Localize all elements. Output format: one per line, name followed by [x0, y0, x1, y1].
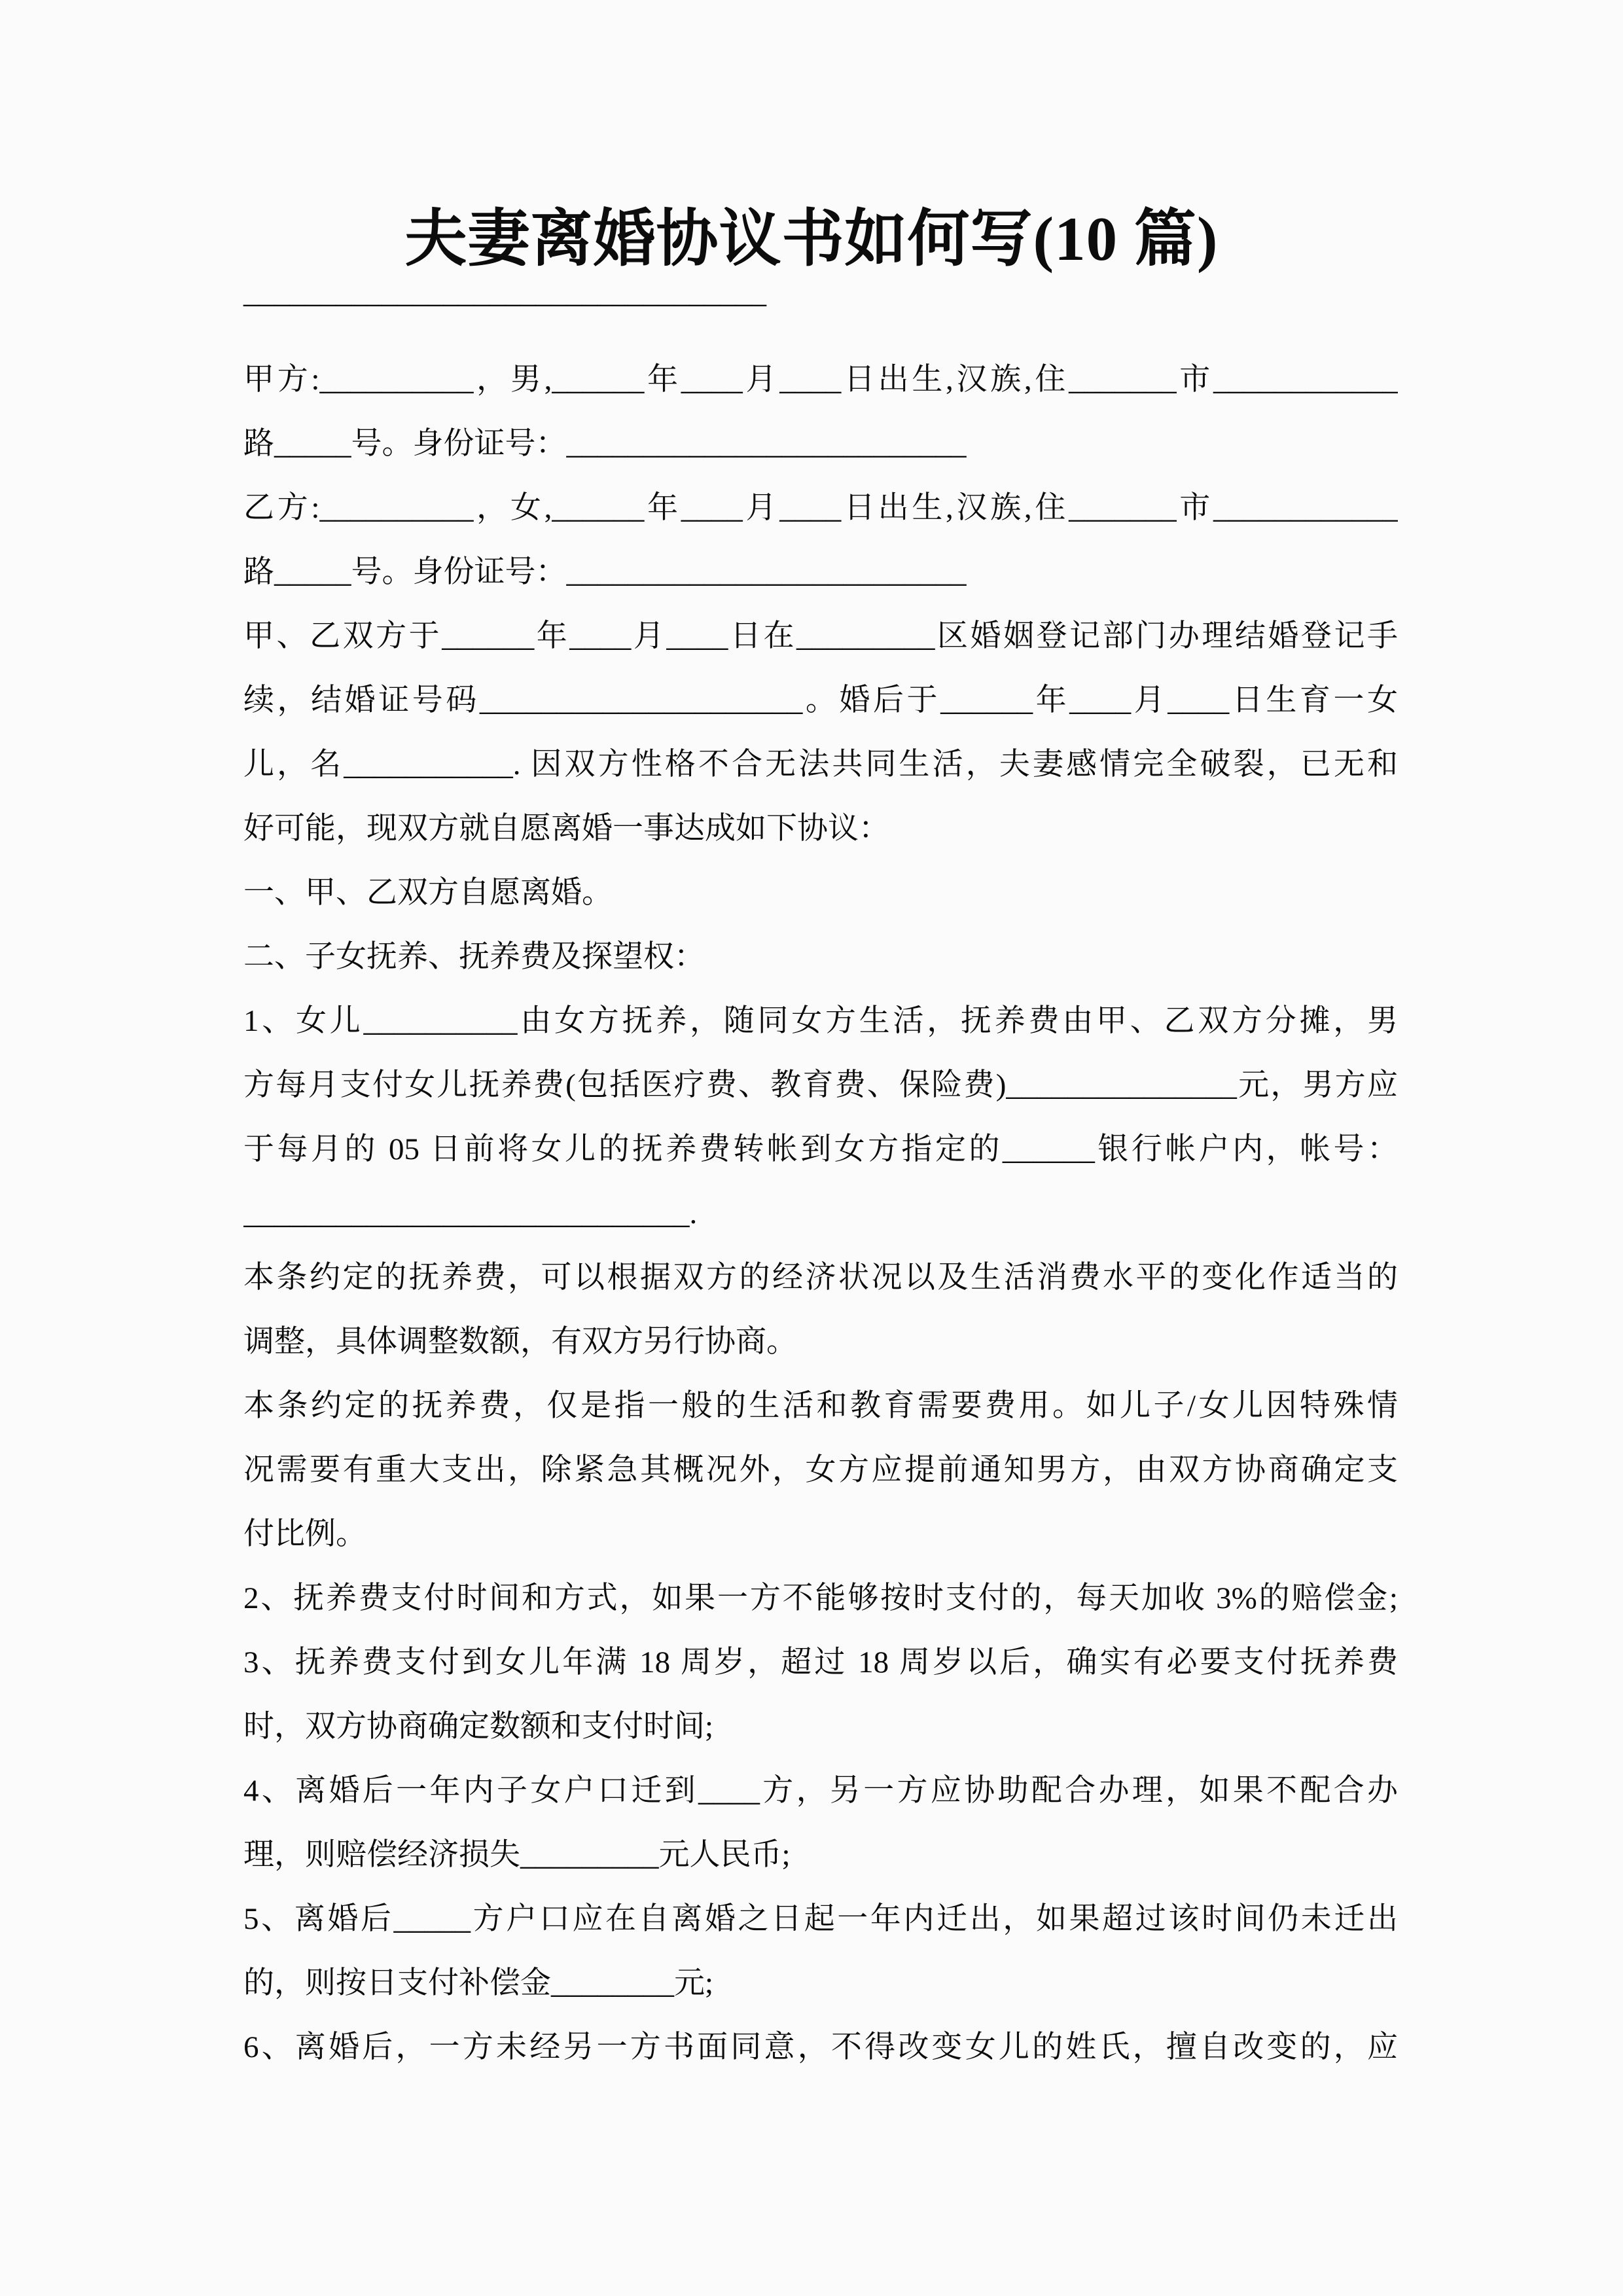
- document-line: 调整，具体调整数额，有双方另行协商。: [243, 1310, 1398, 1374]
- document-line: 2、抚养费支付时间和方式，如果一方不能够按时支付的，每天加收 3%的赔偿金;: [243, 1566, 1398, 1630]
- document-line: 方每月支付女儿抚养费(包括医疗费、教育费、保险费)_______________…: [243, 1053, 1398, 1117]
- document-line: 理，则赔偿经济损失_________元人民币;: [243, 1823, 1398, 1887]
- document-line: 的，则按日支付补偿金________元;: [243, 1951, 1398, 2015]
- document-line: 4、离婚后一年内子女户口迁到____方，另一方应协助配合办理，如果不配合办: [243, 1759, 1398, 1823]
- document-line: 续，结婚证号码_____________________。婚后于______年_…: [243, 668, 1398, 732]
- document-line: 甲、乙双方于______年____月____日在_________区婚姻登记部门…: [243, 604, 1398, 668]
- document-title: 夫妻离婚协议书如何写(10 篇): [0, 208, 1623, 270]
- document-line: 甲方:__________，男,______年____月____日出生,汉族,住…: [243, 348, 1398, 412]
- document-line: 路_____号。身份证号：__________________________: [243, 540, 1398, 604]
- document-line: 乙方:__________，女,______年____月____日出生,汉族,住…: [243, 476, 1398, 540]
- document-line: 况需要有重大支出，除紧急其概况外，女方应提前通知男方，由双方协商确定支: [243, 1438, 1398, 1502]
- document-line: 5、离婚后_____方户口应在自离婚之日起一年内迁出，如果超过该时间仍未迁出: [243, 1887, 1398, 1951]
- document-body: 甲方:__________，男,______年____月____日出生,汉族,住…: [243, 348, 1398, 2079]
- document-line: 时，双方协商确定数额和支付时间;: [243, 1695, 1398, 1759]
- document-line: 路_____号。身份证号：__________________________: [243, 412, 1398, 476]
- document-line: 本条约定的抚养费，仅是指一般的生活和教育需要费用。如儿子/女儿因特殊情: [243, 1374, 1398, 1438]
- document-line: 儿，名___________. 因双方性格不合无法共同生活，夫妻感情完全破裂，已…: [243, 732, 1398, 797]
- title-separator-line: __________________________________: [243, 278, 766, 308]
- document-line: 好可能，现双方就自愿离婚一事达成如下协议：: [243, 797, 1398, 861]
- document-line: 本条约定的抚养费，可以根据双方的经济状况以及生活消费水平的变化作适当的: [243, 1246, 1398, 1310]
- document-line: 于每月的 05 日前将女儿的抚养费转帐到女方指定的______银行帐户内，帐号：: [243, 1117, 1398, 1181]
- document-line: 6、离婚后，一方未经另一方书面同意，不得改变女儿的姓氏，擅自改变的，应: [243, 2015, 1398, 2079]
- document-line: _____________________________.: [243, 1181, 1398, 1246]
- document-line: 一、甲、乙双方自愿离婚。: [243, 861, 1398, 925]
- document-line: 二、子女抚养、抚养费及探望权：: [243, 925, 1398, 989]
- document-page: 夫妻离婚协议书如何写(10 篇) _______________________…: [0, 0, 1623, 2296]
- document-line: 1、女儿__________由女方抚养，随同女方生活，抚养费由甲、乙双方分摊，男: [243, 989, 1398, 1053]
- document-line: 付比例。: [243, 1502, 1398, 1566]
- document-line: 3、抚养费支付到女儿年满 18 周岁，超过 18 周岁以后，确实有必要支付抚养费: [243, 1630, 1398, 1695]
